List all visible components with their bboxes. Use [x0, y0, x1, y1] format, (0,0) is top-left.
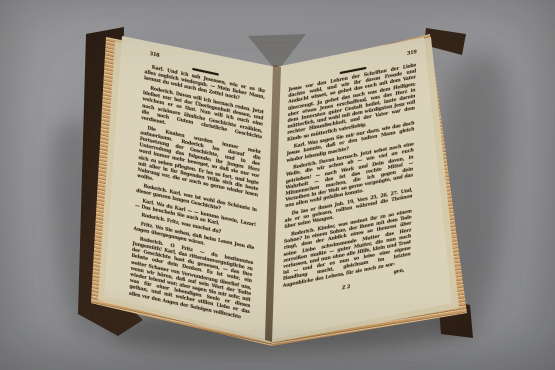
photo-vignette [0, 0, 555, 370]
photo-background: 318 Karl. Und ich sah Jesessen, wie er e… [0, 0, 555, 370]
